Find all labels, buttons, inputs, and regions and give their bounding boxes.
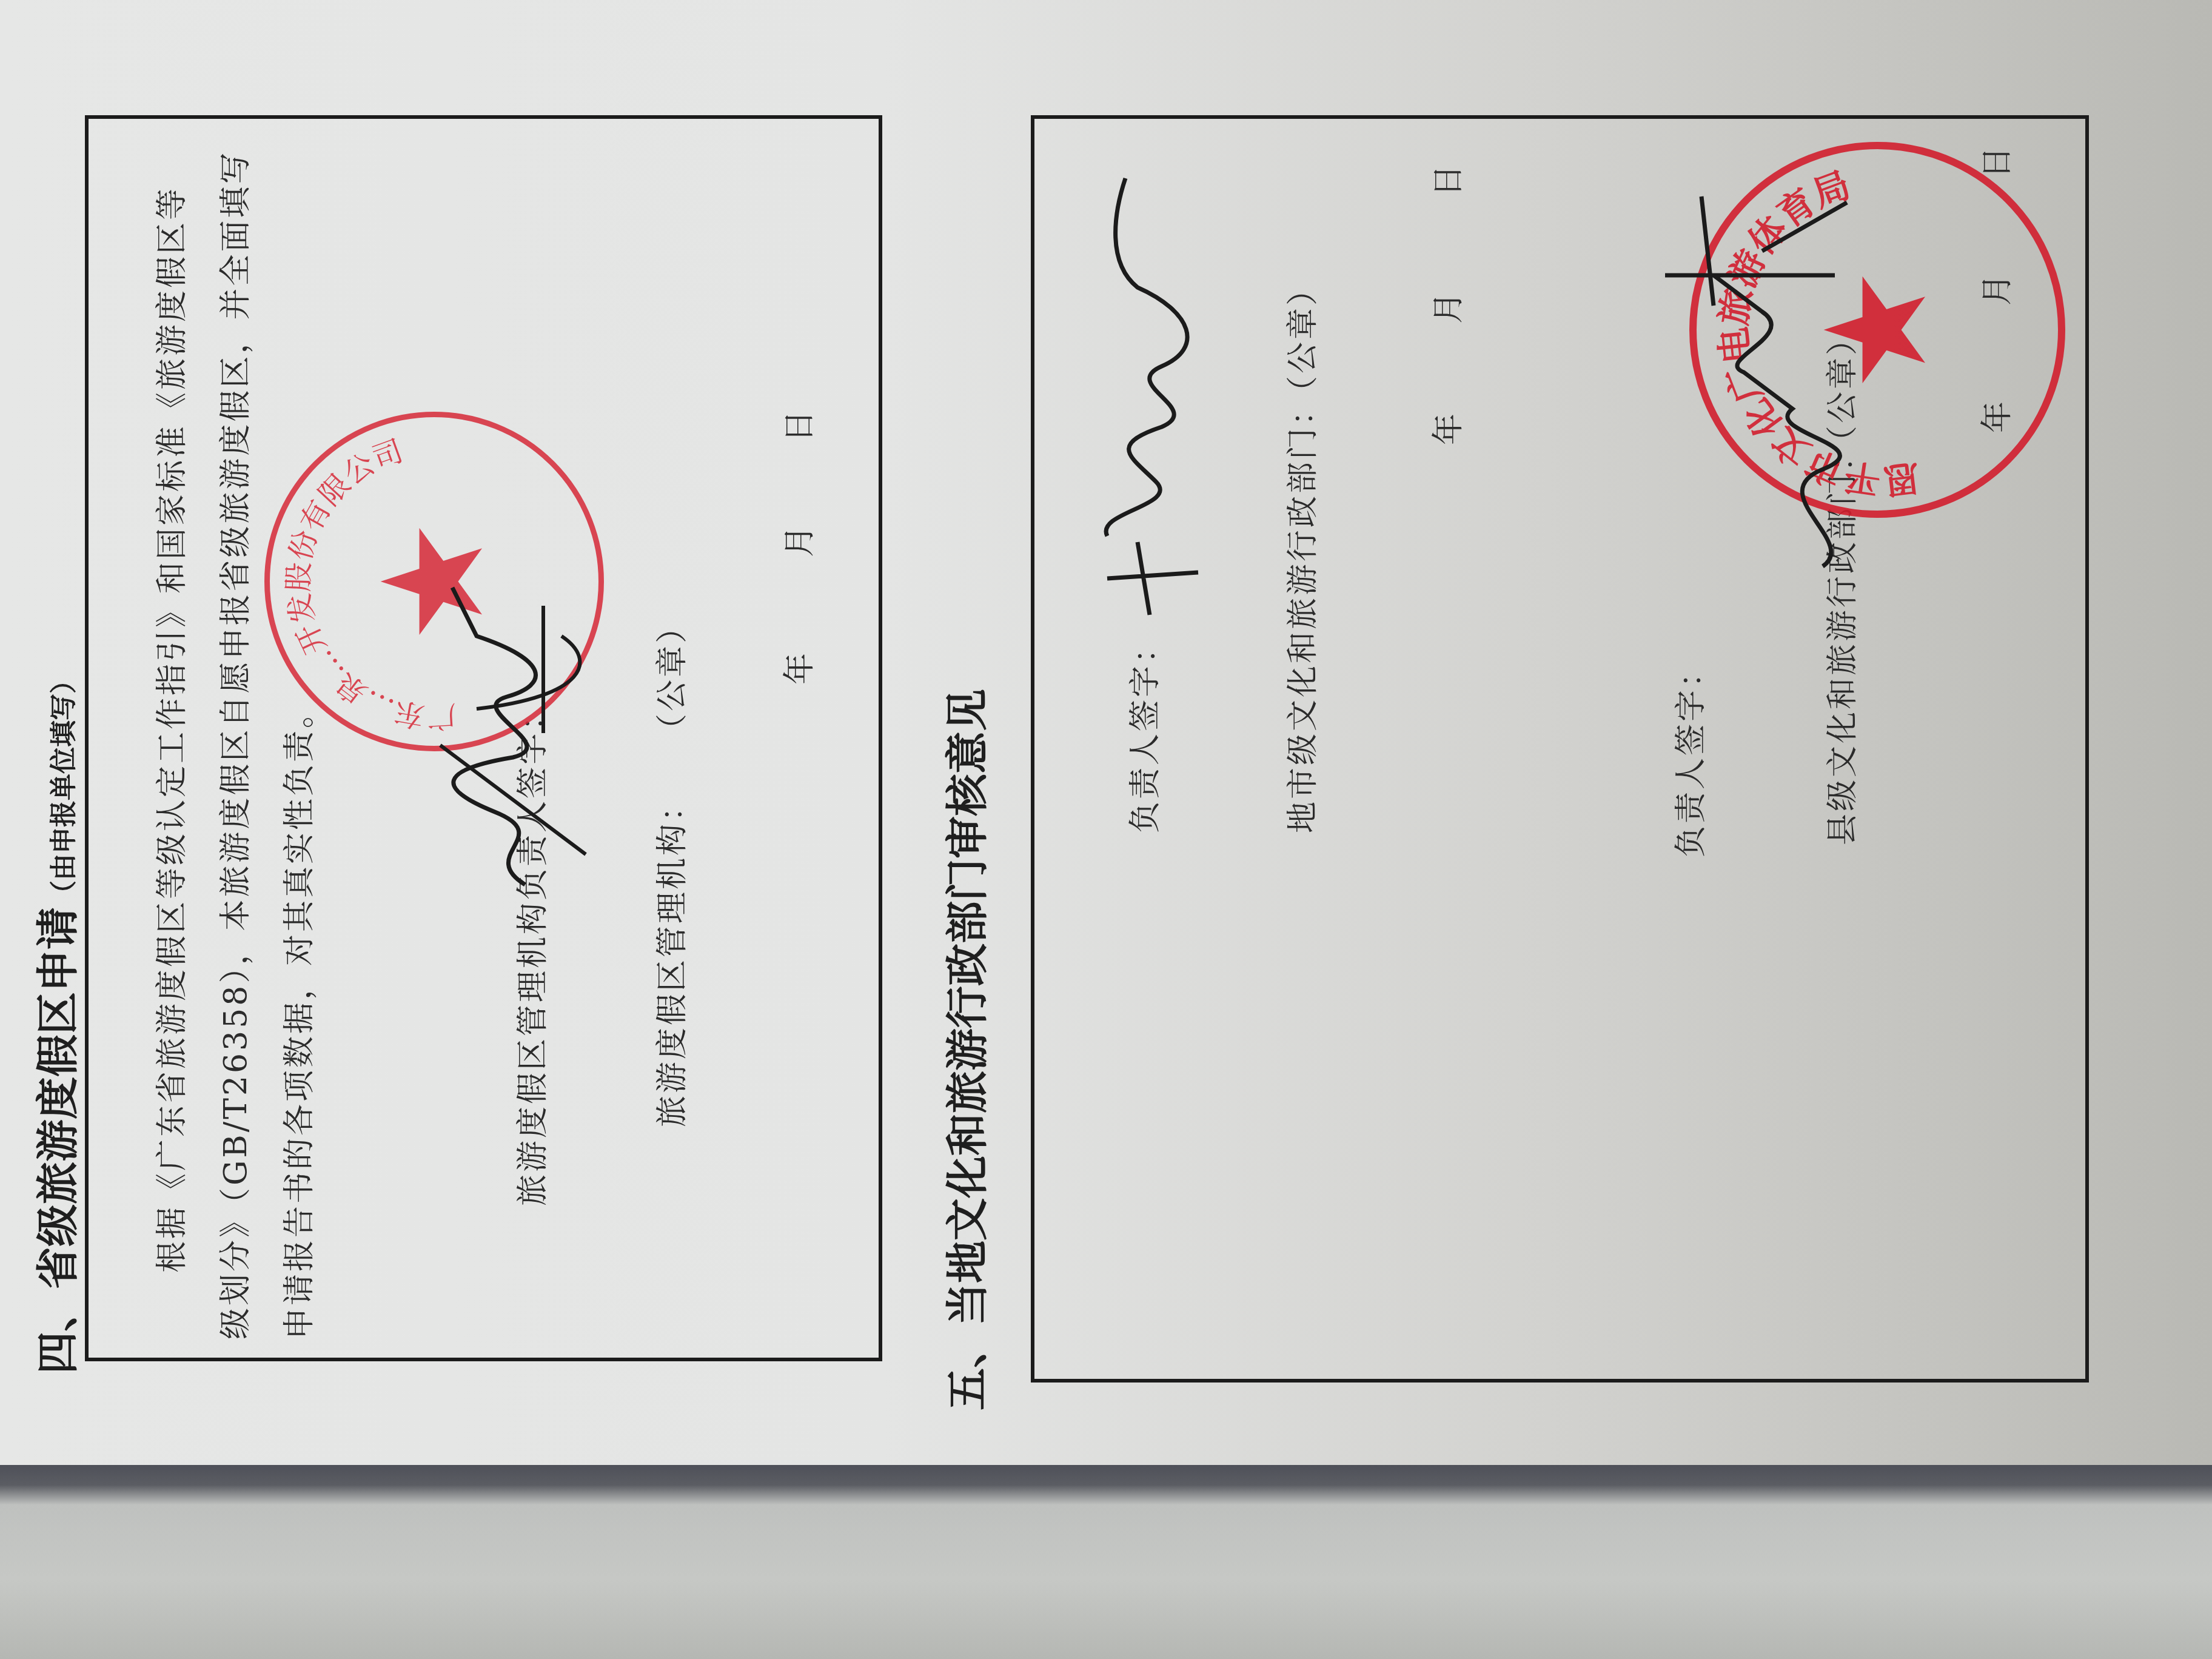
date-year: 年 (774, 651, 819, 685)
paragraph-line-1: 根据《广东省旅游度假区等级认定工作指引》和国家标准《旅游度假区等 (146, 186, 192, 1273)
section-4-title-note: （由申报单位填写） (49, 667, 79, 907)
city-date-day: 日 (1423, 163, 1468, 196)
signature-city (1071, 166, 1216, 627)
org-label: 旅游度假区管理机构： (646, 788, 692, 1127)
section-5-box: 负责人签字： 地市级文化和旅游行政部门：（公章） 年 月 日 负责人签字： 县级… (1031, 115, 2089, 1382)
section-4-title-text: 四、省级旅游度假区申请 (33, 907, 83, 1374)
signature-section4 (404, 575, 622, 891)
county-signer-label: 负责人签字： (1665, 654, 1711, 857)
signature-county (1641, 166, 1895, 591)
paragraph-line-3: 申请报告书的各项数据，对其真实性负责。 (273, 694, 319, 1339)
date-day: 日 (774, 408, 819, 442)
city-date-month: 月 (1423, 290, 1468, 324)
document-page-rotated: 四、省级旅游度假区申请（由申报单位填写） 根据《广东省旅游度假区等级认定工作指引… (0, 0, 2212, 1659)
seal-note: （公章） (646, 609, 692, 745)
section-5-title: 五、当地文化和旅游行政部门审核意见 (934, 689, 995, 1410)
city-date-year: 年 (1423, 411, 1468, 445)
section-4-box: 根据《广东省旅游度假区等级认定工作指引》和国家标准《旅游度假区等 级划分》（GB… (85, 115, 882, 1361)
city-org-label: 地市级文化和旅游行政部门：（公章） (1277, 272, 1322, 833)
paragraph-line-2: 级划分》（GB/T26358），本旅游度假区自愿申报省级旅游度假区，并全面填写 (210, 150, 255, 1339)
city-signer-label: 负责人签字： (1119, 629, 1165, 833)
section-4-title: 四、省级旅游度假区申请（由申报单位填写） (24, 667, 85, 1374)
date-month: 月 (774, 523, 819, 557)
